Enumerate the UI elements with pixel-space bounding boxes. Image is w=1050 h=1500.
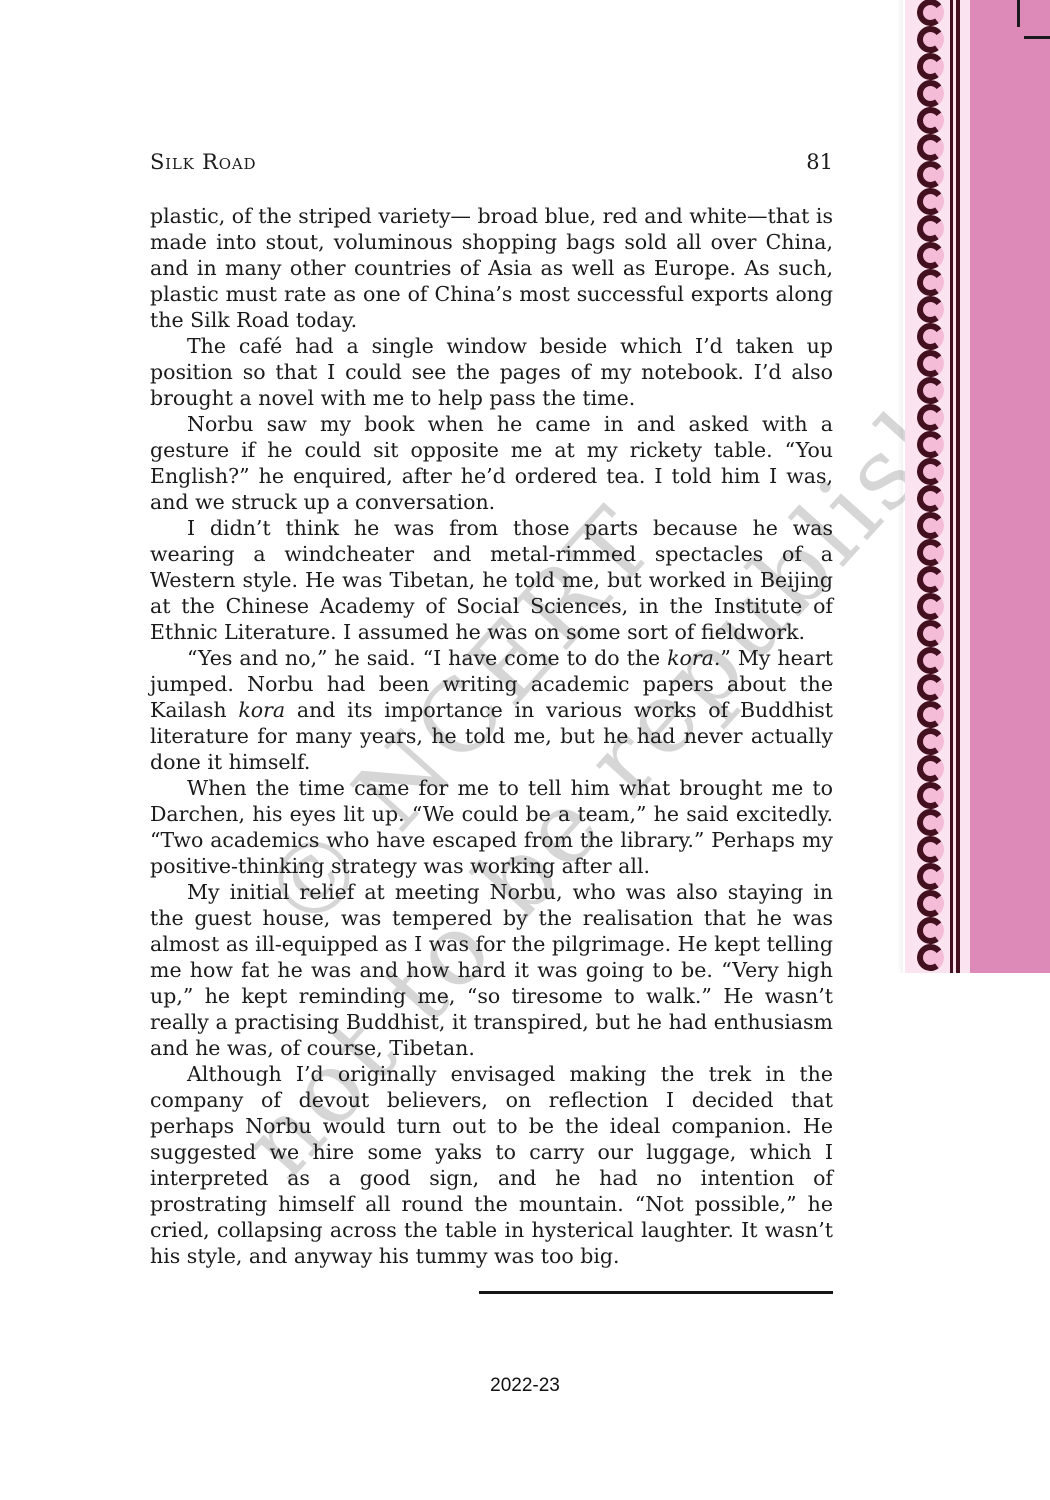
paragraph: Although I’d originally envisaged making… — [150, 1061, 833, 1269]
scallop-ornament-icon — [915, 672, 945, 702]
italic-term: kora — [238, 698, 285, 722]
scallop-ornament-icon — [915, 483, 945, 513]
text-segment: I didn’t think he was from those parts b… — [150, 516, 833, 644]
ornament-column — [917, 0, 944, 971]
border-rule-outer — [956, 0, 960, 973]
italic-term: kora — [667, 646, 714, 670]
page-header: Silk Road 81 — [150, 150, 833, 174]
scallop-ornament-icon — [915, 159, 945, 189]
scallop-ornament-icon — [915, 456, 945, 486]
paragraph: I didn’t think he was from those parts b… — [150, 515, 833, 645]
paragraph: “Yes and no,” he said. “I have come to d… — [150, 645, 833, 775]
book-page: © NCERT not to be republished Silk Road … — [0, 0, 1050, 1500]
scallop-ornament-icon — [915, 807, 945, 837]
scallop-ornament-icon — [915, 132, 945, 162]
paragraph: The café had a single window beside whic… — [150, 333, 833, 411]
scallop-ornament-icon — [915, 753, 945, 783]
crop-mark-horizontal — [1024, 36, 1050, 39]
scallop-ornament-icon — [915, 510, 945, 540]
scallop-ornament-icon — [915, 942, 945, 972]
scallop-ornament-icon — [915, 402, 945, 432]
paragraph: Norbu saw my book when he came in and as… — [150, 411, 833, 515]
text-segment: plastic, of the striped variety— broad b… — [150, 204, 833, 332]
scallop-ornament-icon — [915, 105, 945, 135]
scallop-ornament-icon — [915, 780, 945, 810]
scallop-ornament-icon — [915, 240, 945, 270]
page-number: 81 — [806, 150, 833, 174]
border-pink-band — [970, 0, 1050, 973]
running-title: Silk Road — [150, 150, 256, 174]
paragraph: My initial relief at meeting Norbu, who … — [150, 879, 833, 1061]
scallop-ornament-icon — [915, 429, 945, 459]
scallop-ornament-icon — [915, 618, 945, 648]
border-rule-inner — [950, 0, 953, 973]
scallop-ornament-icon — [915, 537, 945, 567]
scallop-ornament-icon — [915, 348, 945, 378]
text-segment: When the time came for me to tell him wh… — [150, 776, 833, 878]
scallop-ornament-icon — [915, 564, 945, 594]
scallop-ornament-icon — [915, 888, 945, 918]
footnote-rule — [479, 1291, 833, 1294]
edition-year: 2022-23 — [490, 1375, 560, 1396]
scallop-ornament-icon — [915, 321, 945, 351]
text-segment: The café had a single window beside whic… — [150, 334, 833, 410]
text-segment: Although I’d originally envisaged making… — [150, 1062, 833, 1268]
scallop-ornament-icon — [915, 213, 945, 243]
scallop-ornament-icon — [915, 0, 945, 28]
border-light-strip — [905, 0, 970, 973]
decorative-border — [905, 0, 1050, 973]
scallop-ornament-icon — [915, 78, 945, 108]
scallop-ornament-icon — [915, 267, 945, 297]
scallop-ornament-icon — [915, 51, 945, 81]
text-segment: Norbu saw my book when he came in and as… — [150, 412, 833, 514]
scallop-ornament-icon — [915, 186, 945, 216]
paragraph: plastic, of the striped variety— broad b… — [150, 203, 833, 333]
scallop-ornament-icon — [915, 834, 945, 864]
text-column: Silk Road 81 plastic, of the striped var… — [150, 150, 833, 1269]
body-paragraphs: plastic, of the striped variety— broad b… — [150, 203, 833, 1269]
scallop-ornament-icon — [915, 861, 945, 891]
scan-shadow — [897, 0, 903, 973]
page-footer: 2022-23 — [0, 1375, 1050, 1397]
scallop-ornament-icon — [915, 294, 945, 324]
scallop-ornament-icon — [915, 591, 945, 621]
text-segment: My initial relief at meeting Norbu, who … — [150, 880, 833, 1060]
scallop-ornament-icon — [915, 699, 945, 729]
scallop-ornament-icon — [915, 375, 945, 405]
scallop-ornament-icon — [915, 726, 945, 756]
scallop-ornament-icon — [915, 24, 945, 54]
paragraph: When the time came for me to tell him wh… — [150, 775, 833, 879]
text-segment: “Yes and no,” he said. “I have come to d… — [187, 646, 667, 670]
scallop-ornament-icon — [915, 645, 945, 675]
crop-mark-vertical — [1017, 0, 1020, 27]
scallop-ornament-icon — [915, 915, 945, 945]
